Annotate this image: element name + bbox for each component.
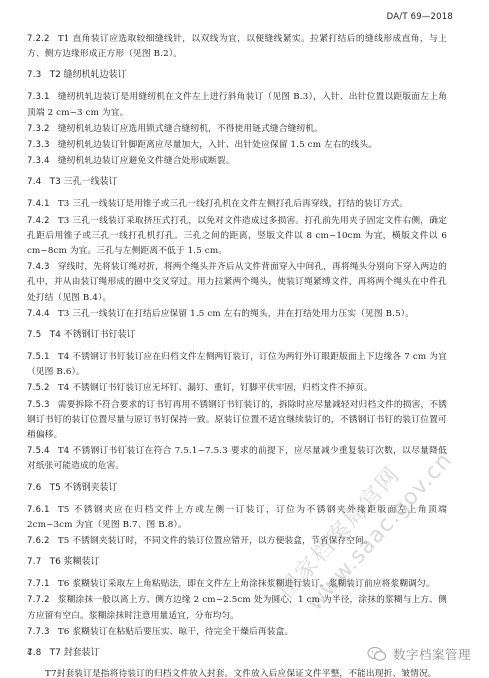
- clause-7-4-1: 7.4.1T3 三孔一线装订是用锥子或三孔一线打孔机在文件左侧打孔后再穿线，打结…: [27, 196, 447, 212]
- page-number: 4: [27, 648, 32, 657]
- clause-7-3-3: 7.3.3缝纫机轧边装订针脚距离应尽量加大，入针、出针处应保留 1.5 cm 左…: [27, 137, 447, 153]
- section-heading-7-3: 7.3T2 缝纫机轧边装订: [27, 68, 447, 83]
- clause-7-7-3: 7.7.3T6 浆糊装订在粘贴后要压实、晾干，待完全干燥后再装盒。: [27, 624, 447, 640]
- clause-7-7-1: 7.7.1T6 浆糊装订采取左上角粘贴法，即在文件左上角涂抹浆糊进行装订。浆糊装…: [27, 576, 447, 592]
- document-body: 7.2.2T1 直角装订应选取较细缝线针，以双线为宜，以便缝线紧实。拉紧打结后的…: [27, 31, 447, 678]
- clause-7-8-body: T7封套装订是指将待装订的归档文件放入封套。文件放入后应保证文件平整，不能出现折…: [27, 667, 447, 678]
- clause-7-5-1: 7.5.1T4 不锈钢订书钉装订应在归档文件左侧两钉装订，订位为两钉外订眼距版面…: [27, 349, 447, 380]
- clause-7-4-2: 7.4.2T3 三孔一线装订采取挤压式打孔，以免对文件造成过多损害。打孔前先用夹…: [27, 213, 447, 260]
- clause-7-5-2: 7.5.2T4 不锈钢订书钉装订应无坏钉、漏钉、重钉，钉脚平伏牢固，归档文件不掉…: [27, 380, 447, 396]
- clause-7-2-2: 7.2.2T1 直角装订应选取较细缝线针，以双线为宜，以便缝线紧实。拉紧打结后的…: [27, 31, 447, 62]
- wechat-icon: [367, 646, 387, 662]
- standard-number: DA/T 69—2018: [387, 12, 453, 22]
- clause-7-3-2: 7.3.2缝纫机轧边装订应选用锁式缝合缝纫机，不得使用链式缝合缝纫机。: [27, 121, 447, 137]
- clause-7-5-3: 7.5.3需要拆除不符合要求的订书钉再用不锈钢订书钉装订的，拆除时应尽量减轻对归…: [27, 397, 447, 444]
- clause-7-4-4: 7.4.4T3 三孔一线装订在打结后应保留 1.5 cm 左右的绳头，并在打结处…: [27, 306, 447, 322]
- source-logo: 数字档案管理: [367, 645, 471, 663]
- clause-7-6-2: 7.6.2T5 不锈钢夹装订时，不同文件的装订位置应错开，以方便装盒，节省保存空…: [27, 533, 447, 549]
- section-heading-7-5: 7.5T4 不锈钢订书钉装订: [27, 328, 447, 343]
- clause-7-6-1: 7.6.1T5 不锈钢夹应在归档文件上方或左侧一订装订，订位为不锈钢夹外缘距版面…: [27, 502, 447, 533]
- logo-text: 数字档案管理: [393, 645, 471, 663]
- clause-7-3-4: 7.3.4缝纫机轧边装订应避免文件缝合处形成断裂。: [27, 153, 447, 169]
- section-heading-7-7: 7.7T6 浆糊装订: [27, 555, 447, 570]
- clause-7-4-3: 7.4.3穿线时，先将装订绳对折，将两个绳头并齐后从文件背面穿入中间孔，再将绳头…: [27, 259, 447, 306]
- clause-7-7-2: 7.7.2浆糊涂抹一般以离上方、侧方边缘 2 cm~2.5cm 处为圆心，1 c…: [27, 592, 447, 623]
- section-heading-7-4: 7.4T3 三孔一线装订: [27, 175, 447, 190]
- document-page: DA/T 69—2018 7.2.2T1 直角装订应选取较细缝线针，以双线为宜，…: [0, 0, 489, 678]
- clause-7-5-4: 7.5.4T4 不锈钢订书钉装订在符合 7.5.1~7.5.3 要求的前提下，应…: [27, 443, 447, 474]
- section-heading-7-6: 7.6T5 不锈钢夹装订: [27, 481, 447, 496]
- clause-7-3-1: 7.3.1缝纫机轧边装订是用缝纫机在文件左上进行斜角装订（见图 B.3），入针、…: [27, 89, 447, 120]
